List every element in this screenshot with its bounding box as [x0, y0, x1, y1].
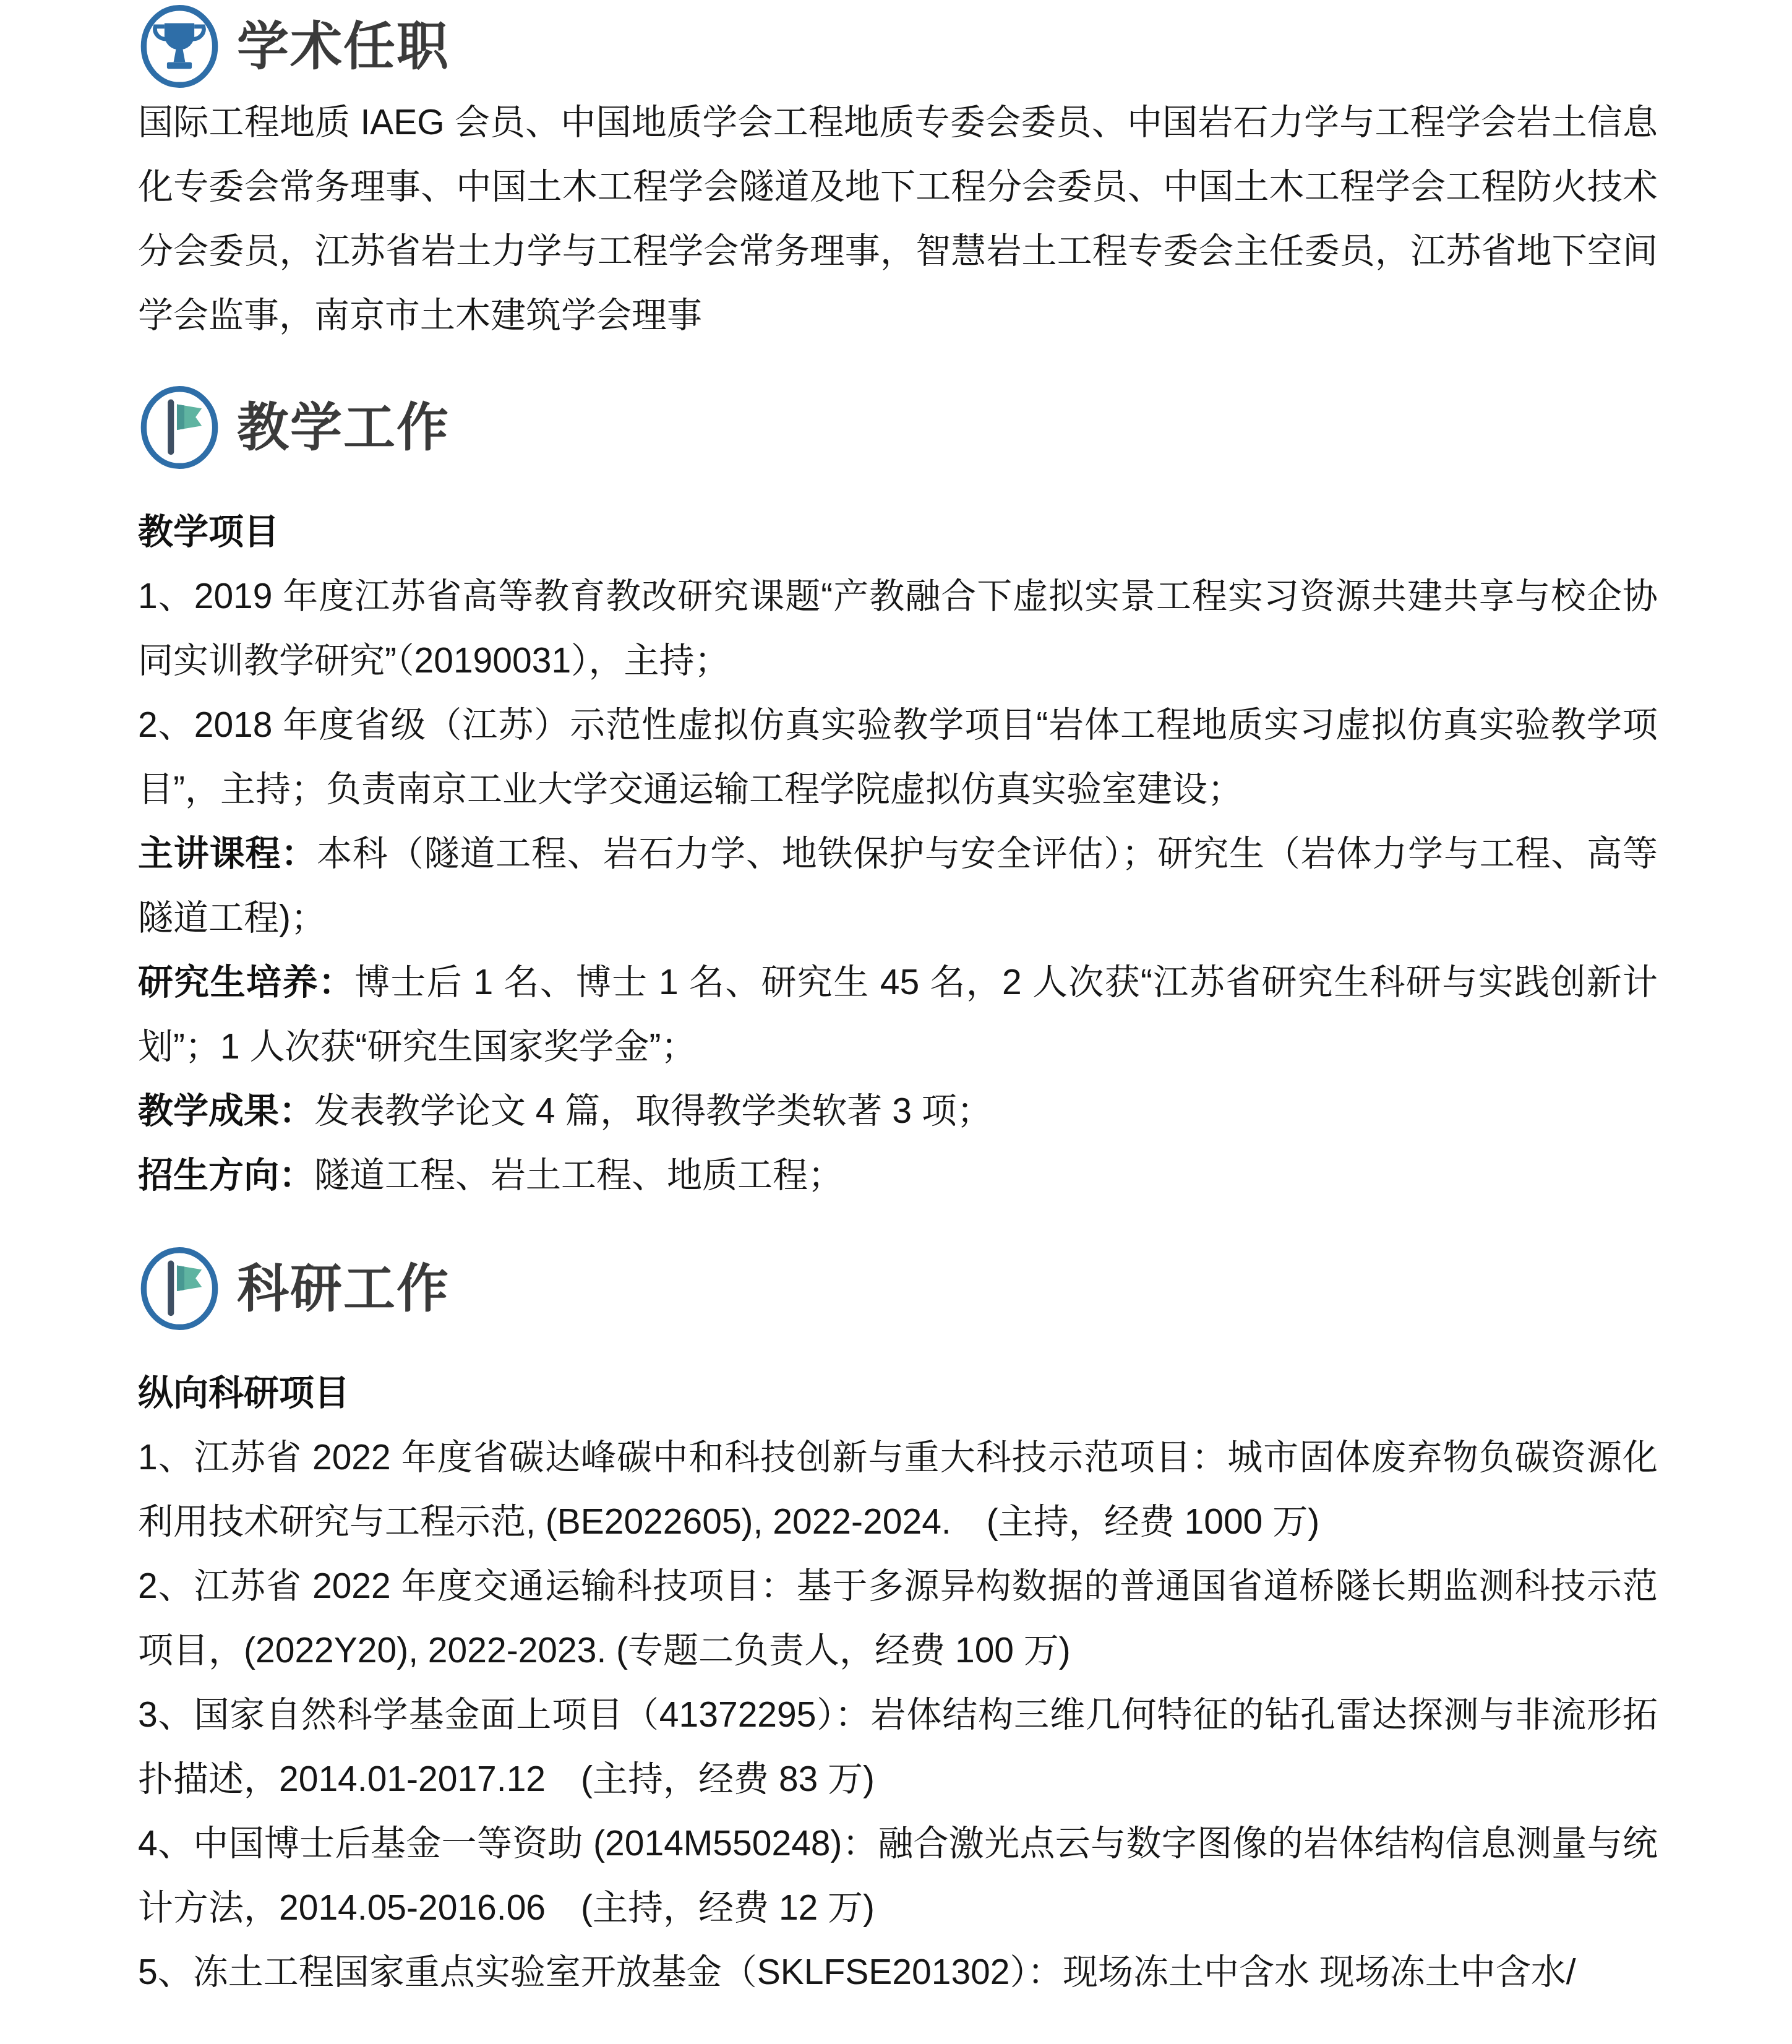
- section-header-research: 科研工作: [138, 1245, 1658, 1333]
- enrollment-directions-line: 招生方向：隧道工程、岩土工程、地质工程；: [138, 1143, 1658, 1208]
- teaching-project-item: 1、2019 年度江苏省高等教育教改研究课题“产教融合下虚拟实景工程实习资源共建…: [138, 564, 1658, 693]
- flag-icon: [138, 384, 221, 471]
- section-title: 学术任职: [237, 15, 450, 77]
- research-subheading: 纵向科研项目: [138, 1361, 1658, 1425]
- courses-taught-line: 主讲课程：本科（隧道工程、岩石力学、地铁保护与安全评估）；研究生（岩体力学与工程…: [138, 822, 1658, 950]
- teaching-subheading: 教学项目: [138, 500, 1658, 564]
- research-project-item: 4、中国博士后基金一等资助 (2014M550248)：融合激光点云与数字图像的…: [138, 1811, 1658, 1940]
- section-title: 教学工作: [237, 397, 450, 458]
- graduate-training-line: 研究生培养：博士后 1 名、博士 1 名、研究生 45 名，2 人次获“江苏省研…: [138, 950, 1658, 1079]
- trophy-icon: [138, 2, 221, 90]
- teaching-project-item: 2、2018 年度省级（江苏）示范性虚拟仿真实验教学项目“岩体工程地质实习虚拟仿…: [138, 693, 1658, 822]
- academic-positions-paragraph: 国际工程地质 IAEG 会员、中国地质学会工程地质专委会委员、中国岩石力学与工程…: [138, 90, 1658, 348]
- teaching-content: 教学项目 1、2019 年度江苏省高等教育教改研究课题“产教融合下虚拟实景工程实…: [138, 500, 1658, 1208]
- flag-icon: [138, 1245, 221, 1333]
- research-project-item: 2、江苏省 2022 年度交通运输科技项目：基于多源异构数据的普通国省道桥隧长期…: [138, 1554, 1658, 1683]
- profile-page: 学术任职 国际工程地质 IAEG 会员、中国地质学会工程地质专委会委员、中国岩石…: [0, 0, 1792, 2044]
- research-content: 纵向科研项目 1、江苏省 2022 年度省碳达峰碳中和科技创新与重大科技示范项目…: [138, 1361, 1658, 2004]
- section-header-academic-positions: 学术任职: [138, 2, 1658, 90]
- teaching-achievements-line: 教学成果：发表教学论文 4 篇，取得教学类软著 3 项；: [138, 1079, 1658, 1143]
- section-header-teaching: 教学工作: [138, 384, 1658, 471]
- research-project-item: 5、冻土工程国家重点实验室开放基金（SKLFSE201302）：现场冻土中含水 …: [138, 1940, 1658, 2004]
- section-title: 科研工作: [237, 1258, 450, 1320]
- research-project-item: 1、江苏省 2022 年度省碳达峰碳中和科技创新与重大科技示范项目：城市固体废弃…: [138, 1425, 1658, 1554]
- research-project-item: 3、国家自然科学基金面上项目（41372295）：岩体结构三维几何特征的钻孔雷达…: [138, 1683, 1658, 1811]
